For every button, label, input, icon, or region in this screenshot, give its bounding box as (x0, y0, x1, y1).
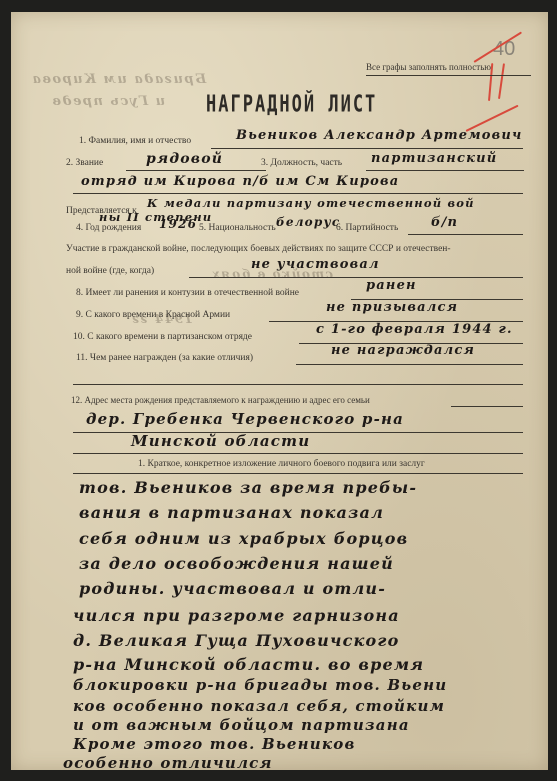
field-line (189, 277, 523, 278)
narrative-line: д. Великая Гуща Пуховичского (73, 631, 400, 650)
narrative-line: тов. Вьеников за время пребы- (79, 478, 417, 497)
field-line (408, 234, 523, 235)
narrative-line: вания в партизанах показал (79, 503, 384, 522)
field-label-position-unit: 3. Должность, часть (261, 158, 342, 168)
field-line (126, 170, 266, 171)
fill-all-fields-instruction: Все графы заполнять полностью (366, 62, 491, 72)
document-title: НАГРАДНОЙ ЛИСТ (206, 91, 377, 118)
field-label-partisan-since: 10. С какого времени в партизанском отря… (73, 332, 252, 342)
field-line (211, 148, 523, 149)
field-value-award: К медали партизану отечественной вой (147, 196, 475, 210)
field-line (73, 473, 523, 474)
narrative-line: р-на Минской области. во время (73, 655, 424, 674)
field-value-position: партизанский (371, 151, 497, 166)
narrative-line: себя одним из храбрых борцов (79, 529, 408, 548)
bleed-through-text: Бригада им Кирова (31, 72, 206, 87)
field-line (366, 170, 524, 171)
field-label-birth-year: 4. Год рождения (76, 223, 141, 233)
field-line (73, 384, 523, 385)
narrative-line: особенно отличился (63, 754, 273, 772)
field-line (451, 406, 523, 407)
narrative-heading: 1. Краткое, конкретное изложение личного… (138, 459, 425, 469)
narrative-line: Кроме этого тов. Вьеников (73, 735, 356, 753)
field-value-birth-year: 1926 (159, 217, 197, 231)
field-label-red-army-since: 9. С какого времени в Красной Армии (76, 310, 230, 320)
field-value-previous-awards: не награждался (331, 343, 475, 358)
field-label-full-name: 1. Фамилия, имя и отчество (79, 136, 191, 146)
instruction-underline (366, 75, 531, 76)
field-value-party: б/п (431, 215, 458, 230)
narrative-line: за дело освобождения нашей (79, 554, 394, 573)
field-value-red-army-since: не призывался (326, 300, 458, 315)
narrative-line: чился при разгроме гарнизона (73, 606, 400, 625)
field-value-unit: отряд им Кирова п/б им См Кирова (81, 174, 399, 189)
field-value-rank: рядовой (146, 151, 223, 167)
field-value-war-participation: не участвовал (251, 257, 380, 272)
field-label-wounds: 8. Имеет ли ранения и контузии в отечест… (76, 288, 299, 298)
field-line (296, 364, 523, 365)
field-label-address: 12. Адрес места рождения представляемого… (71, 395, 370, 405)
field-value-address: дер. Гребенка Червенского р-на (86, 410, 404, 428)
field-label-war-participation: Участие в гражданской войне, последующих… (66, 244, 451, 254)
narrative-line: ков особенно показал себя, стойким (73, 697, 445, 715)
field-label-rank: 2. Звание (66, 158, 103, 168)
narrative-line: родины. участвовал и отли- (79, 579, 386, 598)
field-label-nationality: 5. Национальность (199, 223, 276, 233)
field-value-full-name: Вьеников Александр Артемович (236, 128, 523, 143)
award-sheet-paper: Бригада им Кирова и Гусь предв стойко в … (11, 12, 548, 770)
narrative-line: и от важным бойцом партизана (73, 716, 410, 734)
narrative-line: блокировки р-на бригады тов. Вьени (73, 676, 447, 694)
field-line (73, 193, 523, 194)
field-value-address-cont: Минской области (131, 432, 310, 450)
field-label-war-participation-cont: ной войне (где, когда) (66, 266, 154, 276)
field-value-partisan-since: с 1-го февраля 1944 г. (316, 322, 513, 337)
red-pencil-stroke (498, 63, 505, 99)
field-label-previous-awards: 11. Чем ранее награжден (за какие отличи… (76, 353, 253, 363)
field-value-nationality: белорус (276, 215, 340, 229)
field-line (73, 453, 523, 454)
field-label-party: 6. Партийность (336, 223, 398, 233)
bleed-through-text: и Гусь предв (51, 94, 165, 109)
field-value-wounds: ранен (366, 278, 417, 293)
